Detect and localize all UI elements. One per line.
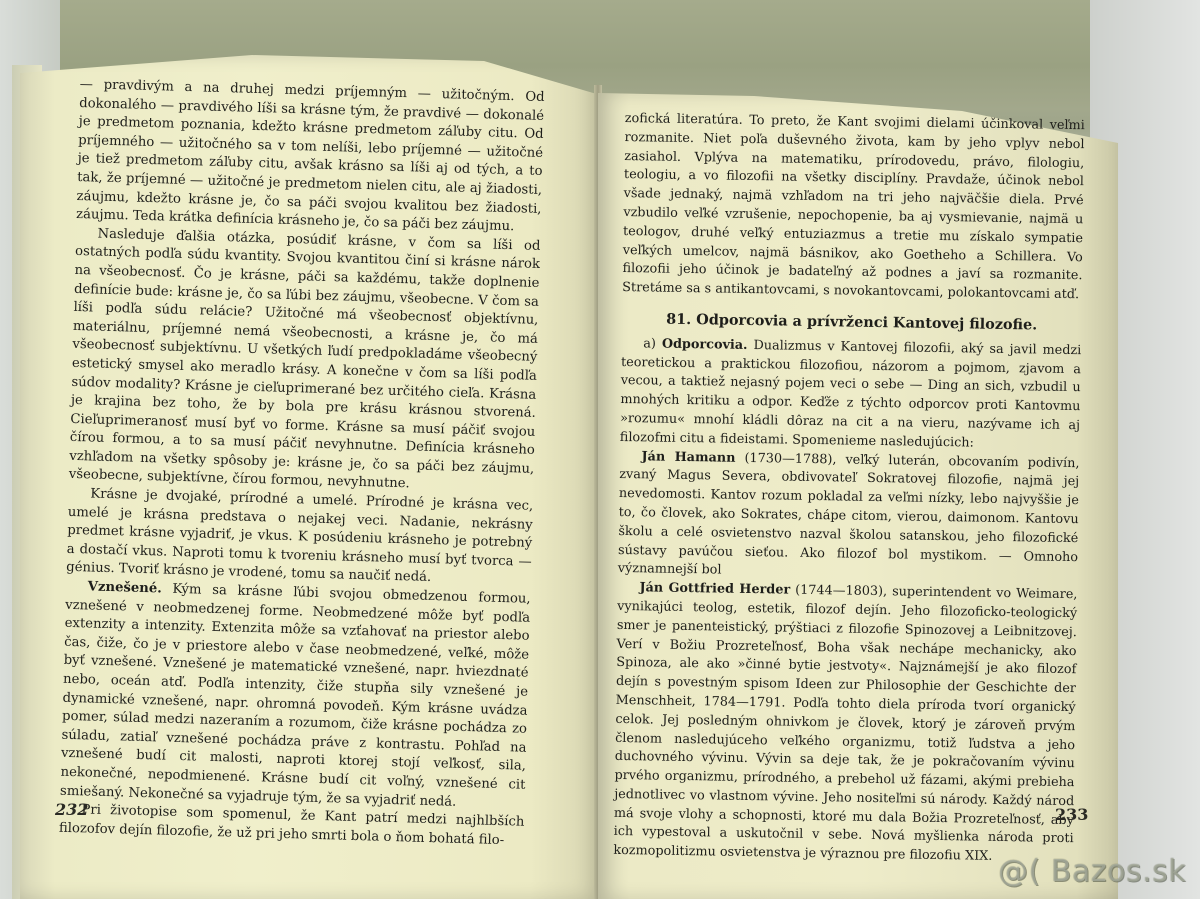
paragraph-vznesene: Vznešené. Kým sa krásne ľúbi svojou obme… [60,578,531,814]
bazos-watermark: @( Bazos.sk [998,854,1186,889]
page-number-right: 233 [1055,805,1088,824]
paragraph-body: (1744—1803), superintendent vo Weimare, … [613,583,1077,864]
section-heading: 81. Odporcovia a prívrženci Kantovej fil… [622,310,1082,336]
paragraph: — pravdivým a na druhej medzi príjemným … [76,76,545,238]
name-hamann: Ján Hamann [641,449,735,465]
paragraph-body: Kým sa krásne ľúbi svojou obmedzenou for… [60,582,531,810]
paragraph: Krásne je dvojaké, prírodné a umelé. Prí… [66,485,533,591]
paragraph-odporcovia: a) Odporcovia. Dualizmus v Kantovej filo… [620,335,1082,455]
paragraph-body: (1730—1788), veľký luterán, obcovaním po… [618,450,1080,577]
right-page-text: zofická literatúra. To preto, že Kant sv… [613,110,1085,868]
paragraph-hamann: Ján Hamann (1730—1788), veľký luterán, o… [618,448,1080,587]
subsection-prefix: a) [643,336,656,351]
term-vznesene: Vznešené. [88,579,162,596]
page-number-left: 232 [55,800,88,819]
name-herder: Ján Gottfried Herder [639,580,790,597]
paragraph-herder: Ján Gottfried Herder (1744—1803), superi… [613,579,1077,868]
left-page-text: — pravdivým a na druhej medzi príjemným … [59,76,545,851]
paragraph: zofická literatúra. To preto, že Kant sv… [622,110,1085,305]
paragraph: Nasleduje ďalšia otázka, posúdiť krásne,… [69,225,541,498]
paragraph-body: Dualizmus v Kantovej filozofii, aký sa j… [620,338,1082,450]
subsection-term: Odporcovia. [662,336,748,352]
